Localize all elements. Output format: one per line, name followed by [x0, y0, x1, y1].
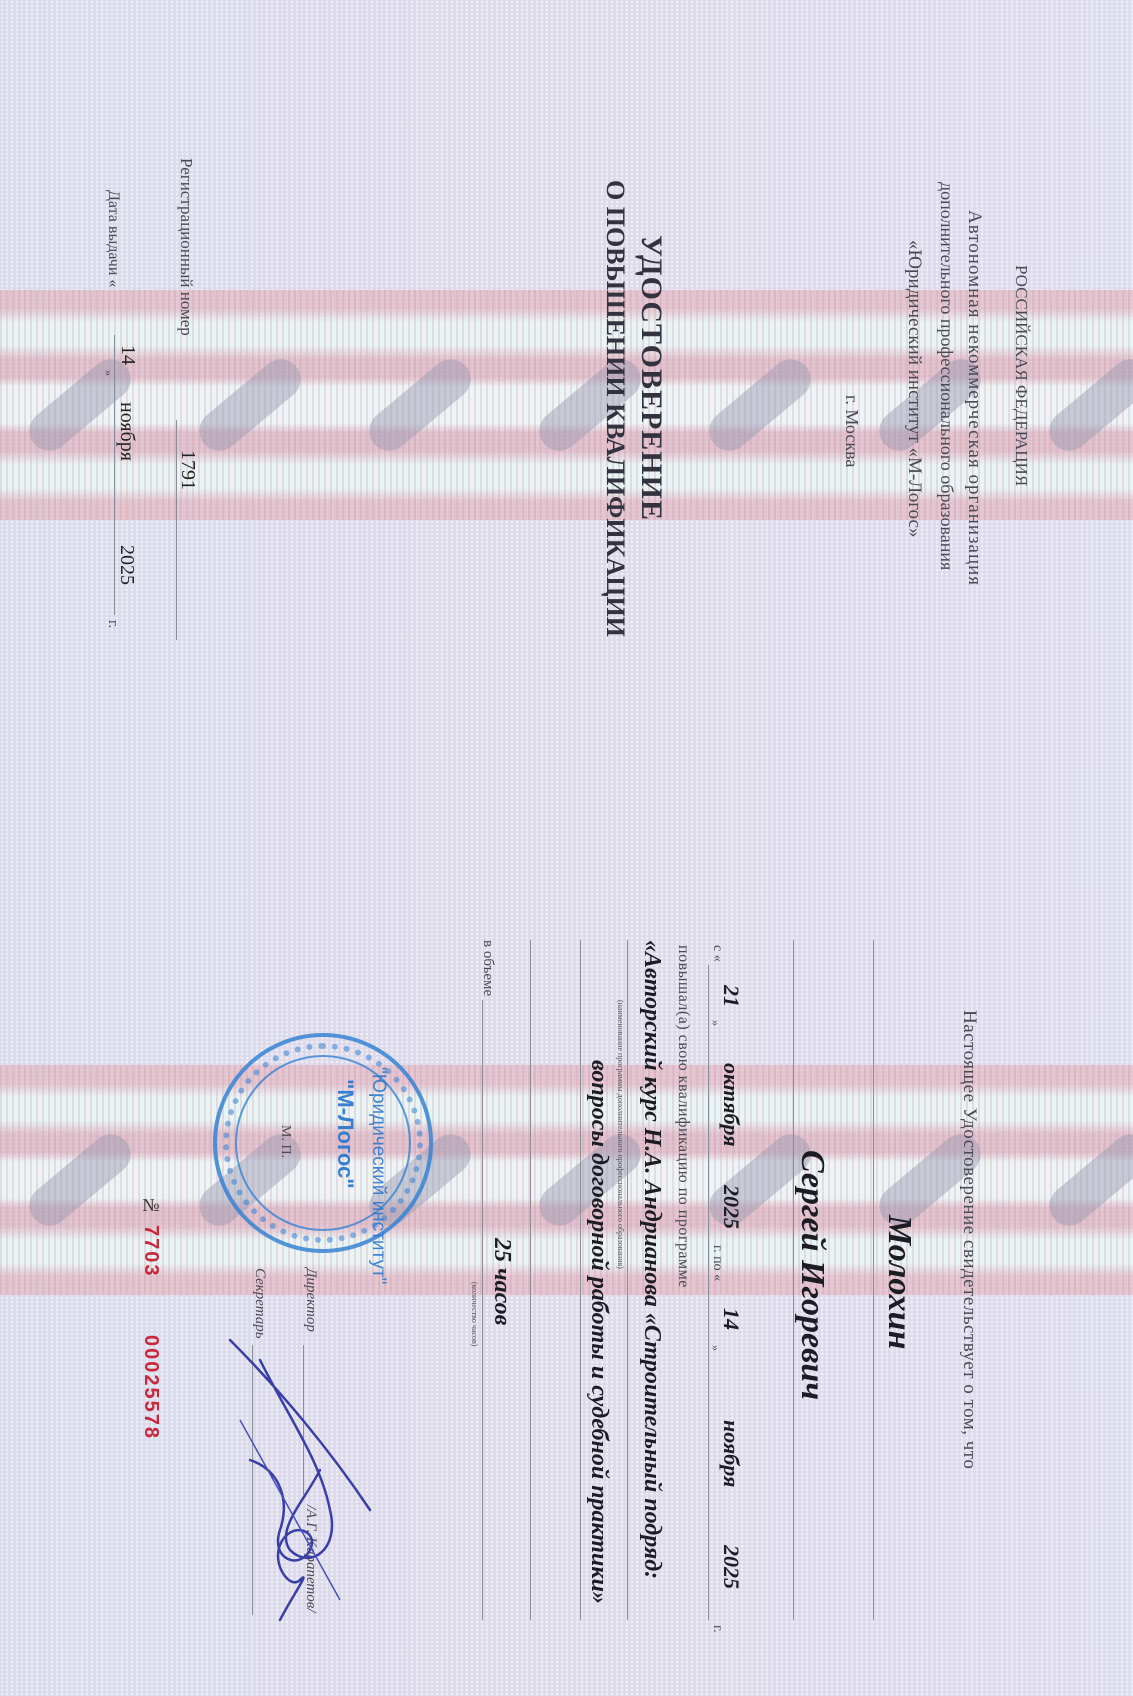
- program-line-1: «Авторский курс Н.А. Андрианова «Строите…: [640, 940, 664, 1579]
- issue-date-underline: [114, 335, 115, 615]
- signature-icon: [220, 1300, 400, 1640]
- reg-number-value: 1791: [178, 450, 198, 490]
- period-from-prefix: с «: [710, 945, 724, 962]
- country-heading: РОССИЙСКАЯ ФЕДЕРАЦИЯ: [1013, 265, 1030, 486]
- improved-text: повышал(а) свою квалификацию по программ…: [675, 945, 691, 1288]
- volume-value: 25 часов: [490, 1238, 514, 1325]
- org-line-2: дополнительного профессионального образо…: [938, 182, 956, 570]
- given-names: Сергей Игоревич: [795, 1150, 829, 1400]
- volume-caption: (количество часов): [470, 1282, 478, 1346]
- period-to-prefix: г. по «: [710, 1245, 724, 1281]
- period-to-day: 14: [720, 1308, 742, 1330]
- period-to-quote: »: [710, 1345, 722, 1351]
- surname: Молохин: [882, 1215, 916, 1349]
- program-caption: (наименование программы дополнительного …: [616, 1000, 624, 1269]
- org-line-1: Автономная некоммерческая организация: [965, 210, 984, 586]
- period-to-year: 2025: [720, 1545, 742, 1589]
- program-line-1-underline: [627, 940, 628, 1620]
- volume-underline: [482, 1000, 483, 1620]
- reg-number-underline: [176, 420, 177, 640]
- program-line-2: вопросы договорной работы и судебной пра…: [587, 1060, 611, 1604]
- city: г. Москва: [843, 395, 861, 467]
- org-line-3: «Юридический институт «М-Логос»: [905, 240, 924, 537]
- serial-number: 00025578: [141, 1335, 161, 1440]
- blank-line: [530, 940, 531, 1620]
- volume-label: в объеме: [480, 940, 495, 996]
- period-underline: [708, 965, 709, 1620]
- issue-date-month: ноября: [117, 402, 137, 461]
- reg-number-label: Регистрационный номер: [178, 158, 195, 336]
- period-suffix: г.: [710, 1625, 724, 1633]
- period-from-year: 2025: [720, 1185, 742, 1229]
- document-subtitle: О ПОВЫШЕНИИ КВАЛИФИКАЦИИ: [602, 180, 628, 637]
- document-title: УДОСТОВЕРЕНИЕ: [636, 235, 666, 521]
- issue-date-year: 2025: [117, 545, 137, 585]
- seal-mark: М. П.: [278, 1125, 292, 1158]
- period-from-month: октября: [720, 1063, 742, 1147]
- period-from-day: 21: [720, 985, 742, 1007]
- stamp-name-line-2: "М-Логос": [332, 1079, 358, 1189]
- intro-text: Настоящее Удостоверение свидетельствует …: [960, 1010, 979, 1469]
- stamp-name-line-1: "Юридический институт": [367, 1067, 389, 1284]
- serial-series: 7703: [141, 1225, 161, 1278]
- period-to-month: ноября: [720, 1420, 742, 1487]
- issue-date-suffix: г.: [105, 620, 120, 628]
- period-from-quote: »: [710, 1020, 722, 1026]
- official-stamp: "Юридический институт" "М-Логос": [213, 1033, 433, 1253]
- issue-date-day: 14: [118, 345, 138, 365]
- number-prefix: №: [142, 1195, 160, 1215]
- program-line-2-underline: [580, 940, 581, 1620]
- surname-line: [873, 940, 874, 1620]
- issue-date-label: Дата выдачи «: [105, 190, 121, 287]
